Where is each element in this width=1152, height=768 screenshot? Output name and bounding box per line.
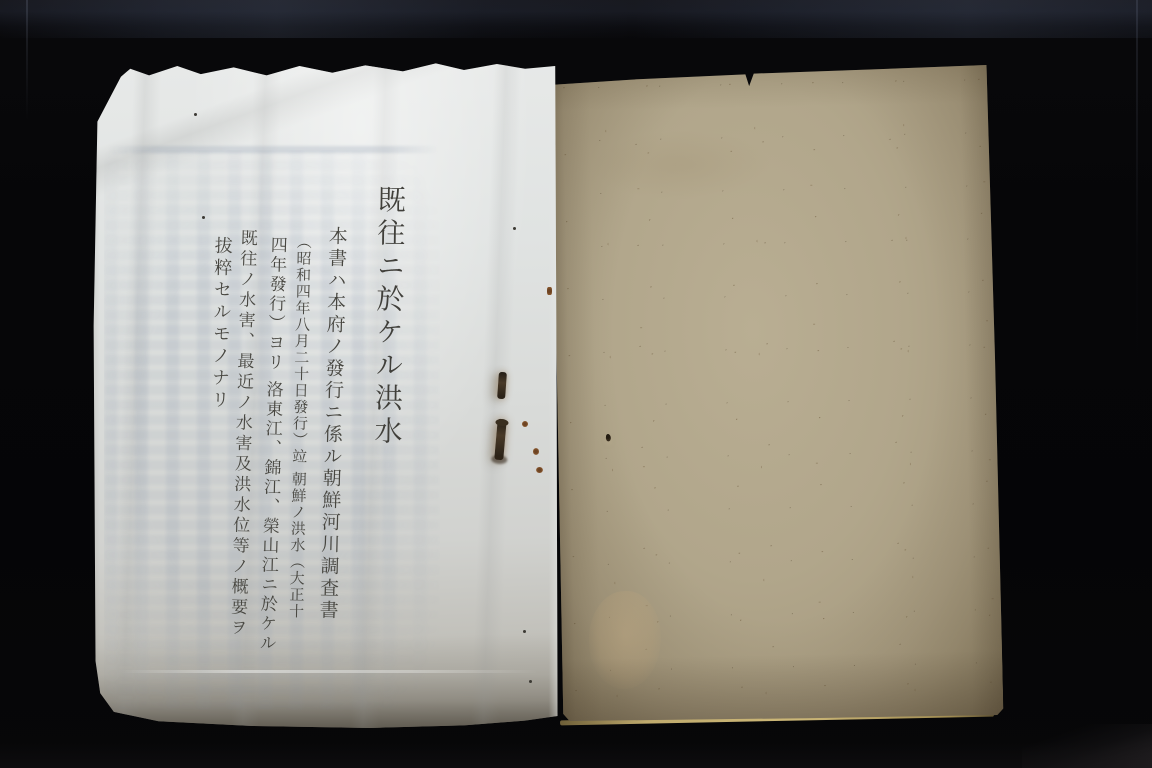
photo-stage: 既往ニ於ケル洪水 本書ハ本府ノ發行ニ係ル朝鮮河川調査書 （昭和四年八月二十日發行… [0, 0, 1152, 768]
handwritten-column-5: 拔粹セルモノナリ [205, 236, 235, 413]
rust-dot [547, 286, 552, 296]
rust-dot [522, 421, 528, 427]
damp-stain [591, 128, 772, 202]
ink-speck [194, 113, 197, 116]
backdrop-edge-line-left [26, 0, 28, 120]
bleedthrough-print-columns [104, 150, 440, 710]
bleedthrough-rule [108, 146, 438, 153]
right-page [550, 64, 1004, 725]
left-page: 既往ニ於ケル洪水 本書ハ本府ノ發行ニ係ル朝鮮河川調査書 （昭和四年八月二十日發行… [88, 58, 558, 728]
handwritten-column-1: 本書ハ本府ノ發行ニ係ル朝鮮河川調査書 [314, 226, 351, 623]
backdrop-edge-line-right [1136, 0, 1138, 420]
ink-speck [513, 227, 516, 230]
ink-speck [202, 216, 205, 219]
handwritten-column-2: （昭和四年八月二十日發行）竝 朝鮮ノ洪水（大正十 [286, 234, 315, 620]
backdrop-bottom-shadow [0, 742, 1152, 768]
ink-speck [523, 630, 526, 633]
paper-stain [588, 590, 662, 689]
rust-dot [533, 448, 539, 455]
ink-speck [529, 680, 532, 683]
ink-speck [606, 434, 610, 439]
backdrop-top-glare [0, 0, 1152, 38]
page-stack-crease [118, 670, 538, 673]
handwritten-column-3: 四年發行）ヨリ 洛東江、錦江、榮山江ニ於ケル [253, 236, 290, 654]
handwritten-column-4: 既往ノ水害、最近ノ水害及洪水位等ノ概要ヲ [224, 229, 260, 640]
rust-dot [536, 467, 543, 473]
handwritten-title: 既往ニ於ケル洪水 [366, 185, 410, 450]
